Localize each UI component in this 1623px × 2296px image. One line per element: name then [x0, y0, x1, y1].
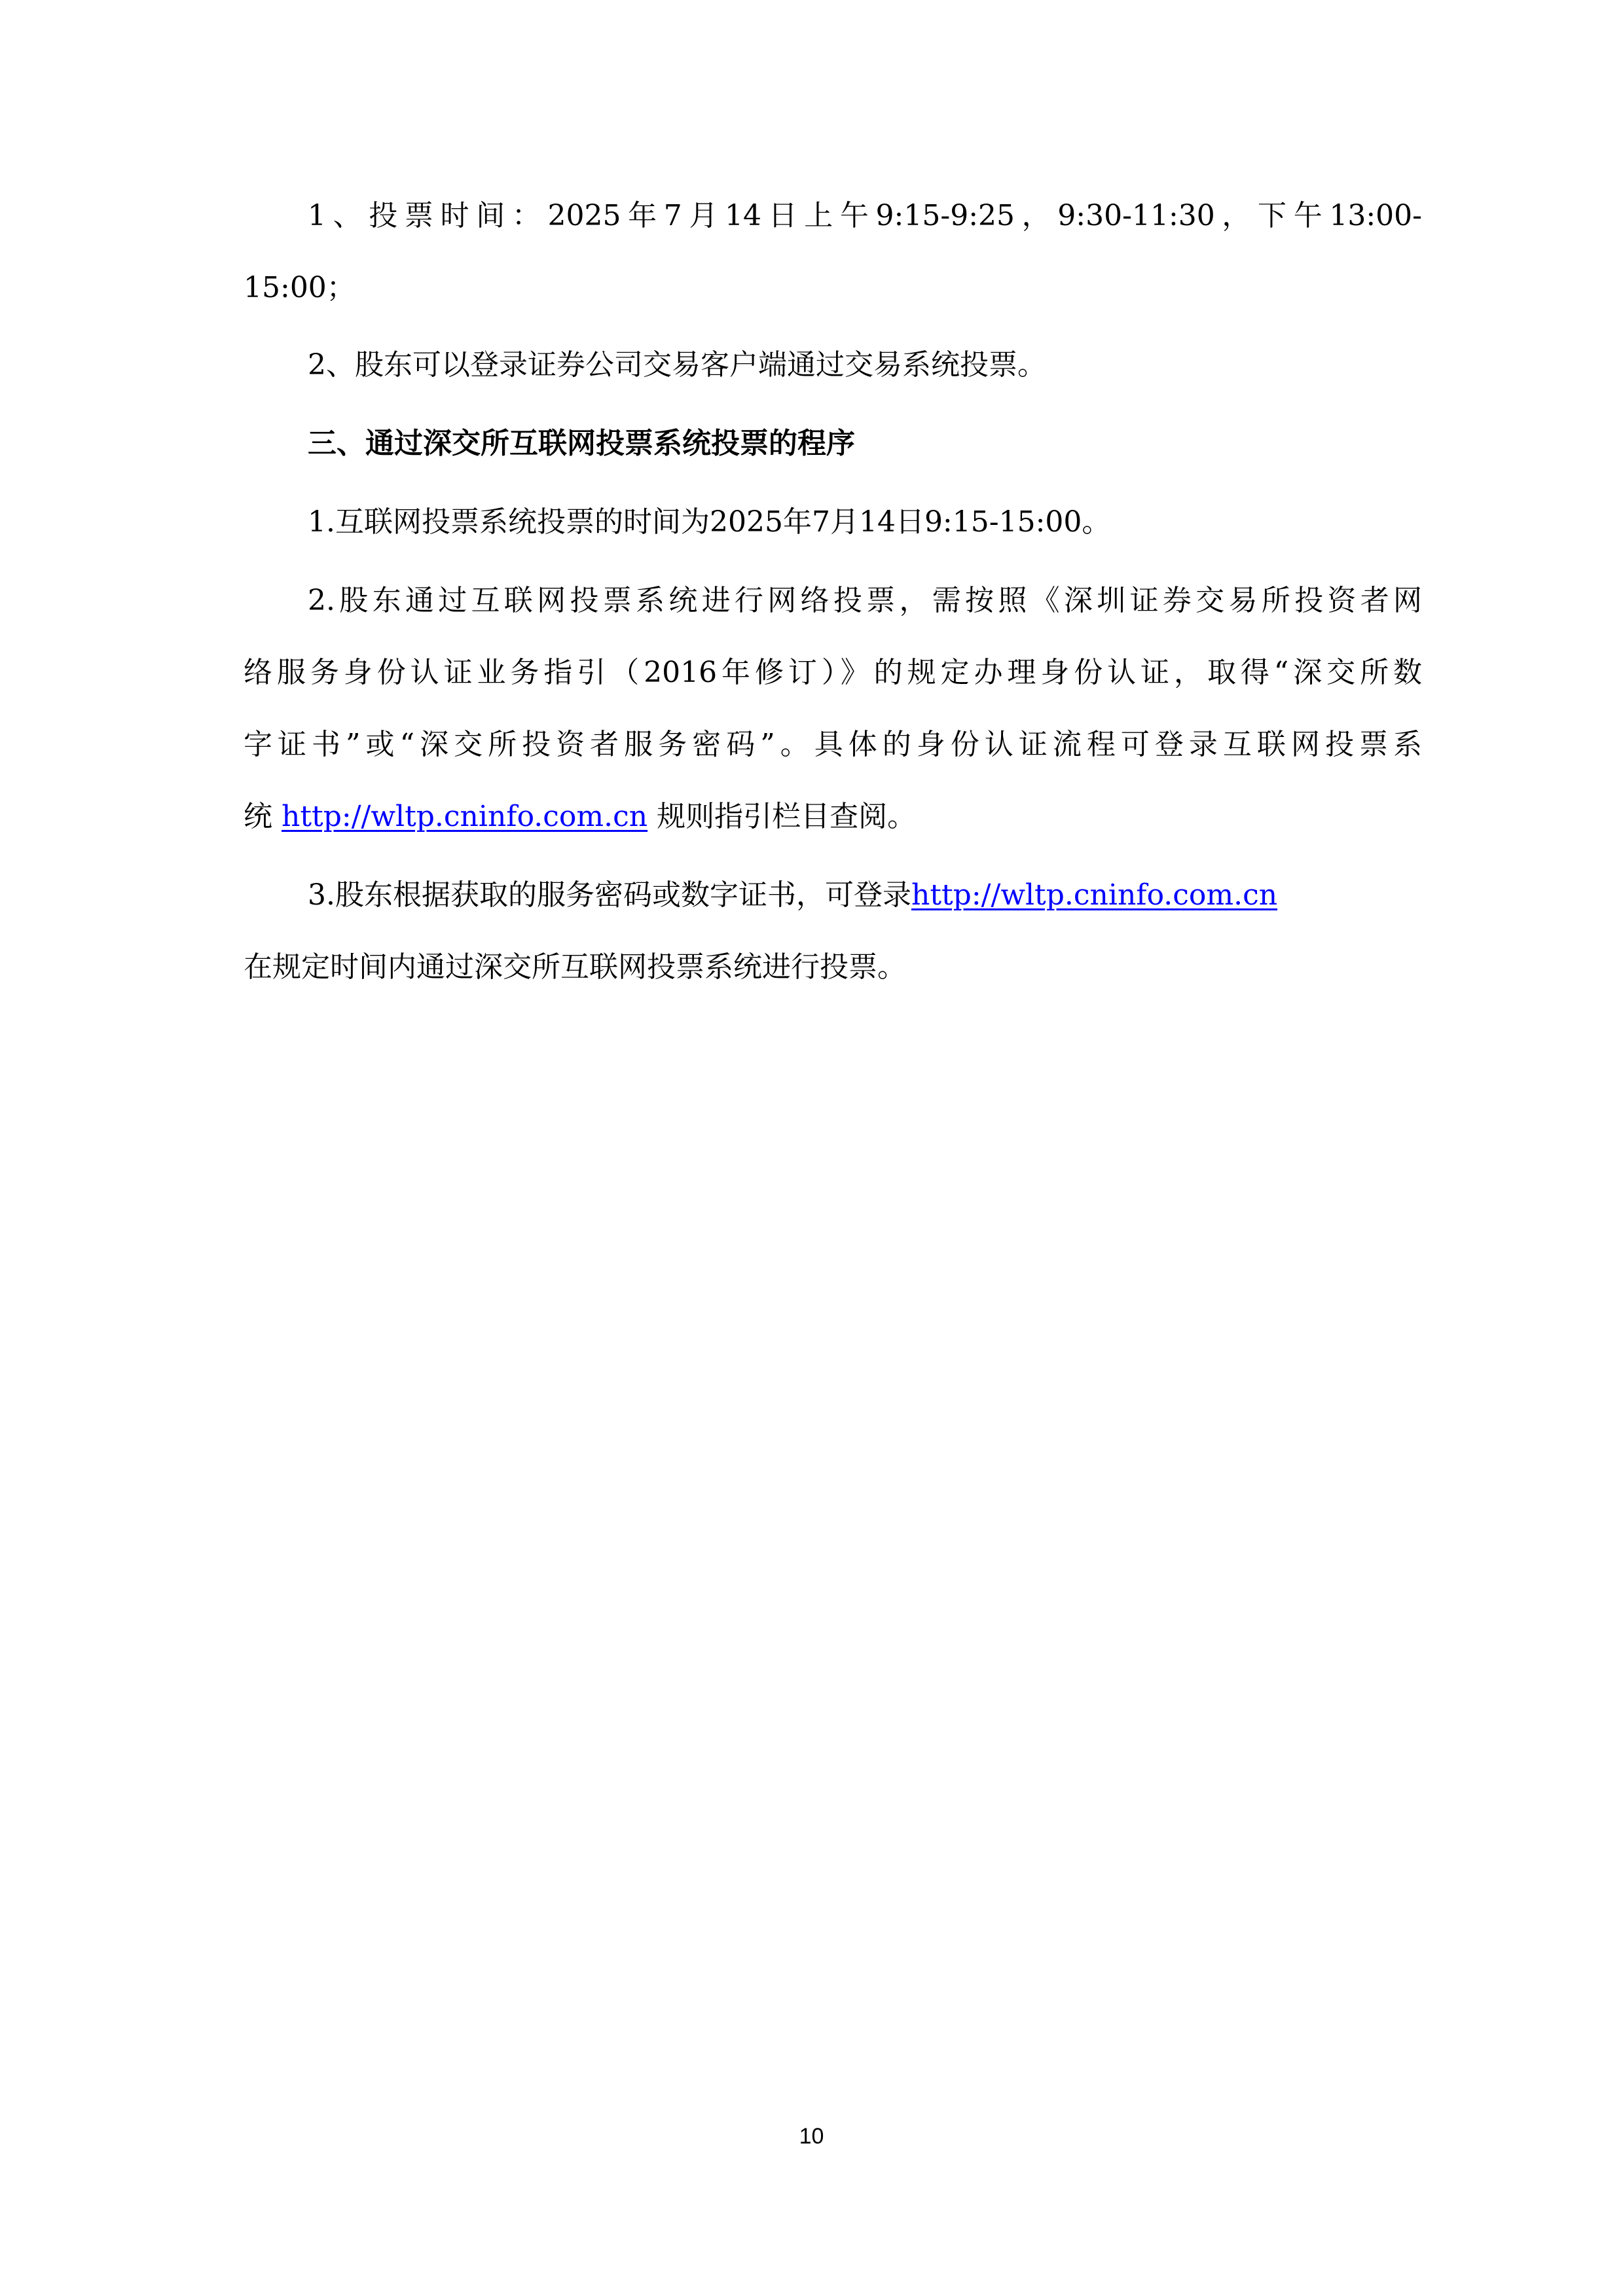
auth-line-prefix: 统 — [244, 800, 282, 833]
login-line-prefix: 3.股东根据获取的服务密码或数字证书，可登录 — [308, 878, 911, 912]
paragraph-auth-line-3: 字证书”或“深交所投资者服务密码”。具体的身份认证流程可登录互联网投票系 — [244, 725, 1422, 764]
paragraph-voting-time-line-2: 15:00； — [244, 268, 356, 308]
section-heading-3: 三、通过深交所互联网投票系统投票的程序 — [308, 424, 855, 463]
paragraph-auth-line-2: 络服务身份认证业务指引（2016年修订）》的规定办理身份认证，取得“深交所数 — [244, 653, 1422, 692]
page-number: 10 — [0, 2124, 1623, 2149]
wltp-link-1[interactable]: http://wltp.cninfo.com.cn — [282, 800, 647, 833]
paragraph-auth-line-1: 2.股东通过互联网投票系统进行网络投票，需按照《深圳证券交易所投资者网 — [308, 581, 1422, 620]
auth-line-suffix: 规则指引栏目查阅。 — [647, 800, 916, 833]
paragraph-internet-voting-time: 1.互联网投票系统投票的时间为2025年7月14日9:15-15:00。 — [308, 503, 1110, 542]
paragraph-login-line-1: 3.股东根据获取的服务密码或数字证书，可登录http://wltp.cninfo… — [308, 876, 1277, 915]
paragraph-auth-line-4: 统 http://wltp.cninfo.com.cn 规则指引栏目查阅。 — [244, 797, 916, 836]
paragraph-trading-client: 2、股东可以登录证券公司交易客户端通过交易系统投票。 — [308, 346, 1046, 385]
paragraph-login-line-2: 在规定时间内通过深交所互联网投票系统进行投票。 — [244, 948, 906, 987]
wltp-link-2[interactable]: http://wltp.cninfo.com.cn — [911, 878, 1277, 912]
paragraph-voting-time-line-1: 1、投票时间：2025年7月14日上午9:15-9:25，9:30-11:30，… — [308, 196, 1422, 236]
